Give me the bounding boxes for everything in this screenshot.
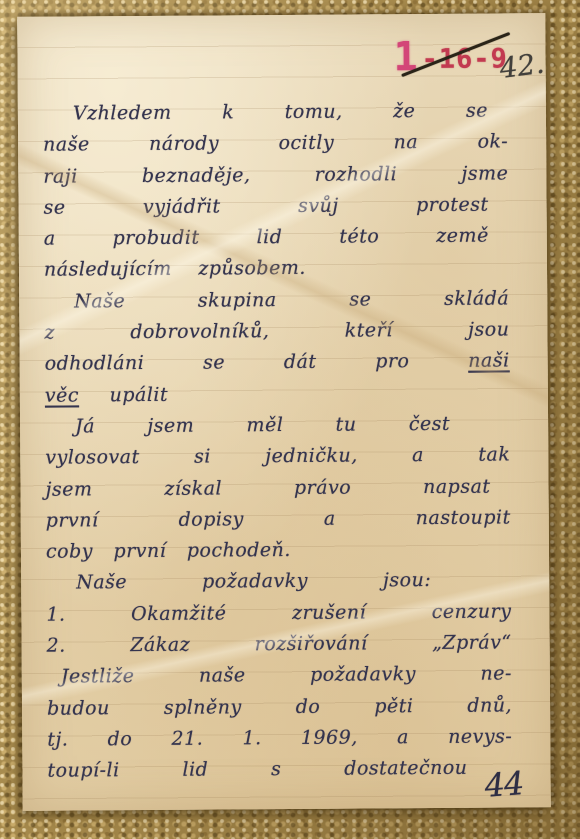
letter-line: Jestliže naše požadavky ne- xyxy=(47,659,512,694)
letter-line: se vyjádřit svůj protest xyxy=(43,189,508,224)
letter-line: Vzhledem k tomu, že se xyxy=(43,95,508,130)
underlined-word: naši xyxy=(468,350,510,372)
letter-line: následujícím způsobem. xyxy=(44,252,509,287)
underlined-word: věc xyxy=(45,384,79,406)
letter-line: první dopisy a nastoupit xyxy=(46,502,511,537)
letter-line: Naše požadavky jsou: xyxy=(46,565,511,600)
letter-line-text: upálit xyxy=(109,383,168,405)
letter-line: budou splněny do pěti dnů, xyxy=(47,690,512,725)
handwritten-corner-note: 42. xyxy=(498,47,546,85)
letter-line: 2. Zákaz rozšiřování „Zpráv“ xyxy=(47,627,512,662)
letter-body: Vzhledem k tomu, že se naše národy ocitl… xyxy=(43,95,513,787)
letter-line: tj. do 21. 1. 1969, a nevys- xyxy=(47,721,512,756)
letter-line: vylosovat si jedničku, a tak xyxy=(45,440,510,475)
letter-line: věc upálit xyxy=(45,377,510,412)
letter-paper: 1 -16-9 42. Vzhledem k tomu, že se naše … xyxy=(17,13,551,811)
letter-line: 1. Okamžité zrušení cenzury xyxy=(46,596,511,631)
letter-line: Já jsem měl tu čest xyxy=(45,408,510,443)
letter-line: raji beznaděje, rozhodli jsme xyxy=(43,158,508,193)
letter-line-text: odhodláni se dát pro xyxy=(45,350,410,375)
letter-line: coby první pochodeň. xyxy=(46,534,511,569)
letter-line: odhodláni se dát pro naši xyxy=(45,346,510,381)
letter-line: a probudit lid této země xyxy=(44,221,509,256)
page-number: 44 xyxy=(483,764,525,805)
letter-line: jsem získal právo napsat xyxy=(45,471,510,506)
letter-line: toupí-li lid s dostatečnou xyxy=(47,753,512,788)
letter-line: Naše skupina se skládá xyxy=(44,283,509,318)
letter-scan: 1 -16-9 42. Vzhledem k tomu, že se naše … xyxy=(0,0,580,839)
letter-line: naše národy ocitly na ok- xyxy=(43,127,508,162)
letter-line: z dobrovolníků, kteří jsou xyxy=(44,315,509,350)
